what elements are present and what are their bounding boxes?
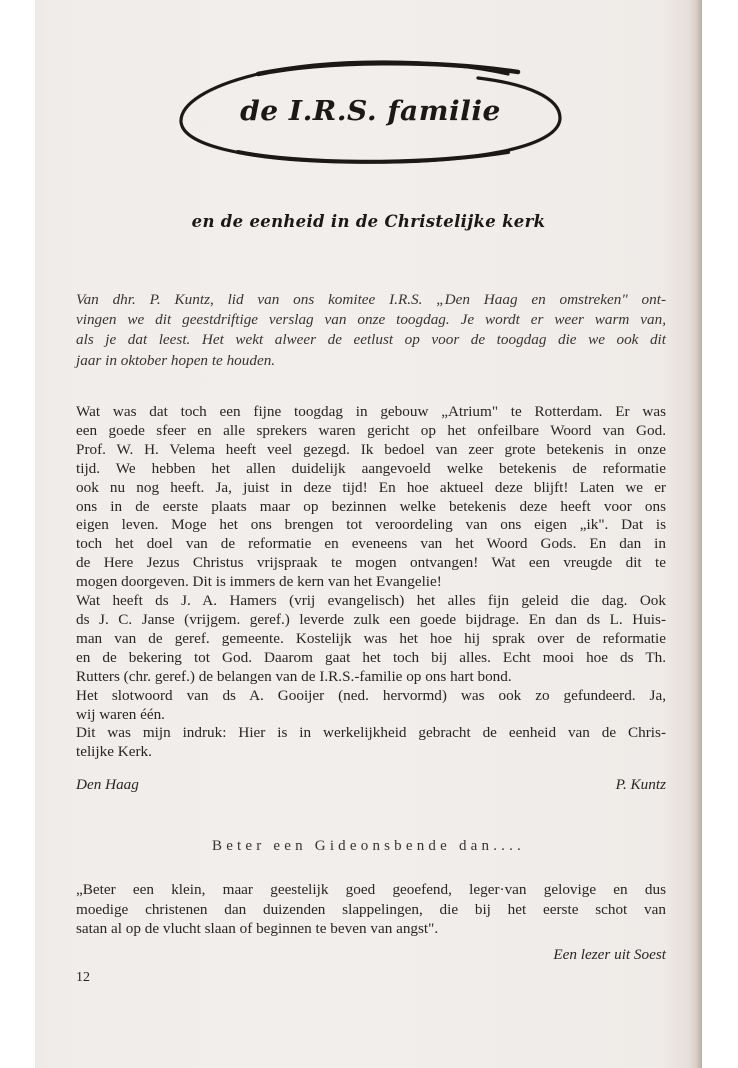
body-line: man van de geref. gemeente. Kostelijk wa… xyxy=(76,630,666,649)
body-line: ons in de eerste plaats maar op bezinnen… xyxy=(76,498,666,517)
body-line: een goede sfeer en alle sprekers waren g… xyxy=(76,422,666,441)
quote-line: satan al op de vlucht slaan of beginnen … xyxy=(76,919,666,939)
body-paragraph: Dit was mijn indruk: Hier is in werkelij… xyxy=(76,724,666,762)
signature-name: P. Kuntz xyxy=(616,776,666,794)
intro-line: jaar in oktober hopen te houden. xyxy=(76,351,666,371)
body-line: Wat heeft ds J. A. Hamers (vrij evangeli… xyxy=(76,592,666,611)
body-line: toch het doel van de reformatie en evene… xyxy=(76,535,666,554)
intro-paragraph: Van dhr. P. Kuntz, lid van ons komitee I… xyxy=(76,290,666,371)
body-line: ds J. C. Janse (vrijgem. geref.) leverde… xyxy=(76,611,666,630)
intro-line: als je dat leest. Het wekt alweer de eet… xyxy=(76,330,666,350)
body-line: Rutters (chr. geref.) de belangen van de… xyxy=(76,668,666,687)
article-body: Wat was dat toch een fijne toogdag in ge… xyxy=(76,403,666,762)
body-line: telijke Kerk. xyxy=(76,743,666,762)
body-paragraph: Wat was dat toch een fijne toogdag in ge… xyxy=(76,403,666,592)
page-number: 12 xyxy=(76,970,90,986)
signature-place: Den Haag xyxy=(76,776,139,794)
body-line: en de bekering tot God. Daarom gaat het … xyxy=(76,649,666,668)
quote-paragraph: „Beter een klein, maar geestelijk goed g… xyxy=(76,880,666,939)
body-line: de Here Jezus Christus vrijspraak te mog… xyxy=(76,554,666,573)
intro-line: vingen we dit geestdriftige verslag van … xyxy=(76,310,666,330)
body-line: ook nu nog heeft. Ja, juist in deze tijd… xyxy=(76,479,666,498)
body-line: wij waren één. xyxy=(76,706,666,725)
quote-line: moedige christenen dan duizenden slappel… xyxy=(76,900,666,920)
body-line: eigen leven. Moge het ons brengen tot ve… xyxy=(76,516,666,535)
intro-line: Van dhr. P. Kuntz, lid van ons komitee I… xyxy=(76,290,666,310)
body-paragraph: Wat heeft ds J. A. Hamers (vrij evangeli… xyxy=(76,592,666,687)
document-page: de I.R.S. familie en de eenheid in de Ch… xyxy=(35,0,702,1068)
title-oval: de I.R.S. familie xyxy=(178,52,563,170)
body-line: Dit was mijn indruk: Hier is in werkelij… xyxy=(76,724,666,743)
quote-attribution: Een lezer uit Soest xyxy=(553,946,666,964)
body-line: tijd. We hebben het allen duidelijk aang… xyxy=(76,460,666,479)
article-subtitle: en de eenheid in de Christelijke kerk xyxy=(35,212,702,231)
body-paragraph: Het slotwoord van ds A. Gooijer (ned. he… xyxy=(76,687,666,725)
body-line: mogen doorgeven. Dit is immers de kern v… xyxy=(76,573,666,592)
body-line: Prof. W. H. Velema heeft veel gezegd. Ik… xyxy=(76,441,666,460)
body-line: Wat was dat toch een fijne toogdag in ge… xyxy=(76,403,666,422)
quote-line: „Beter een klein, maar geestelijk goed g… xyxy=(76,880,666,900)
body-line: Het slotwoord van ds A. Gooijer (ned. he… xyxy=(76,687,666,706)
article-title: de I.R.S. familie xyxy=(170,96,570,127)
quote-heading: Beter een Gideonsbende dan.... xyxy=(35,838,702,855)
